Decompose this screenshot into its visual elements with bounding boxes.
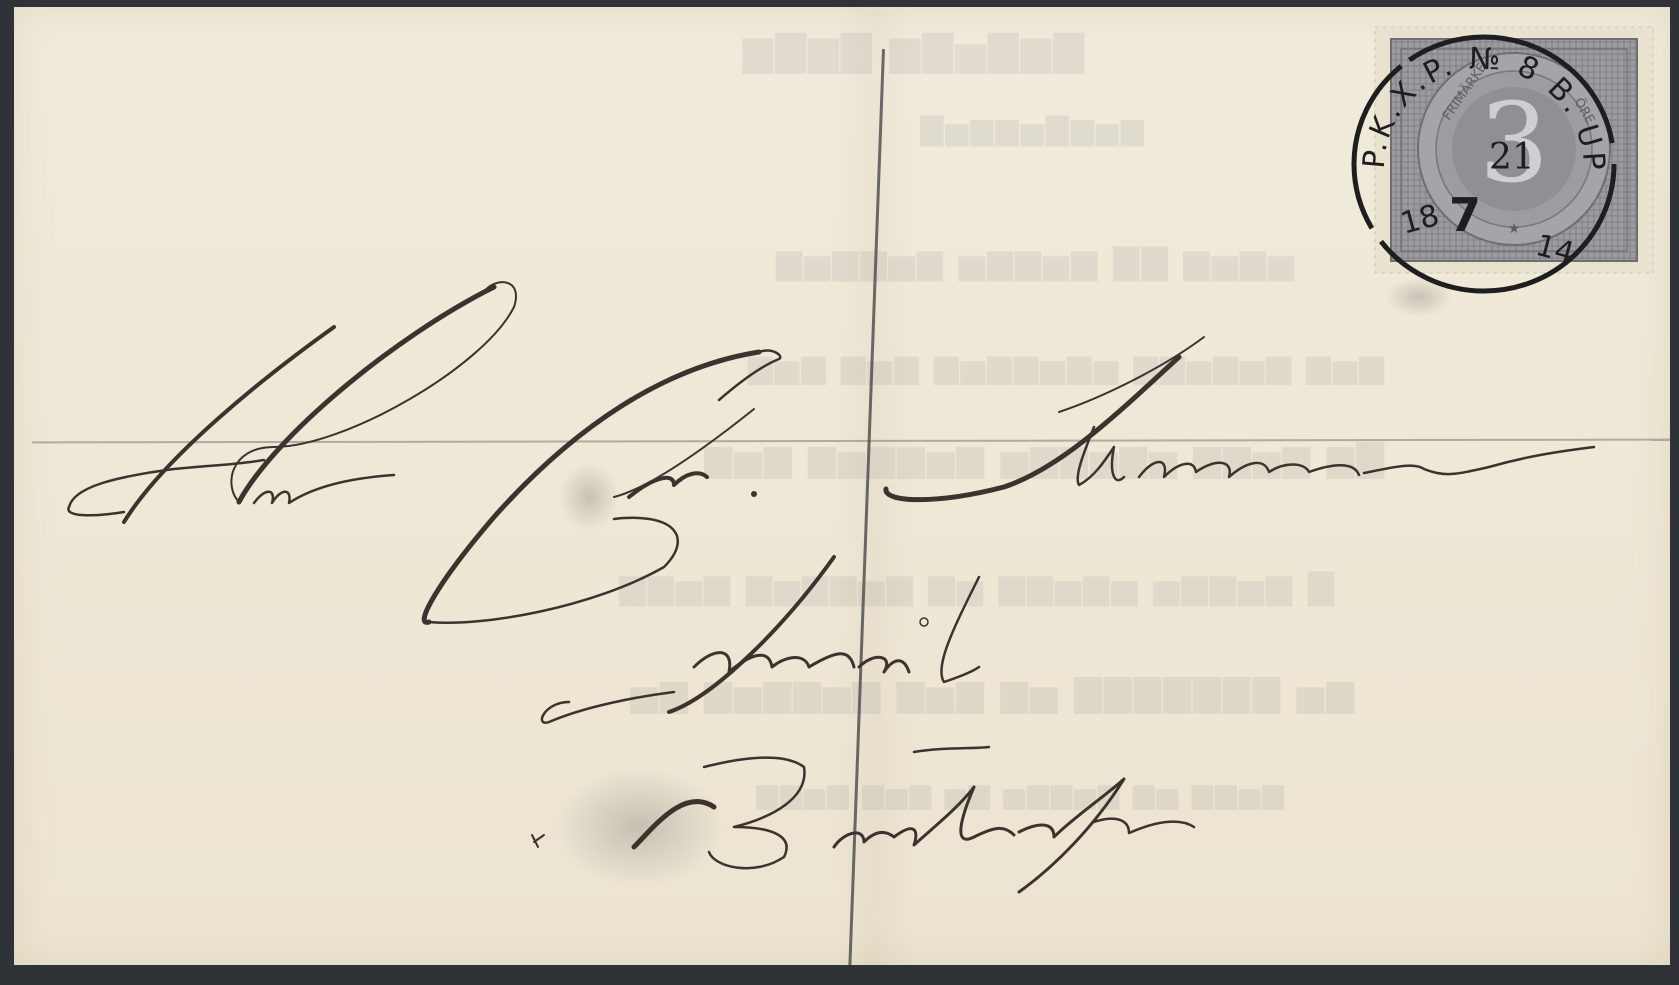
postmark-day: 21	[1489, 137, 1535, 178]
handwriting-amal	[542, 557, 979, 723]
postmark-ring: P.K.X.P. № 8 B. UPP. 21 7 18 14	[1329, 19, 1629, 299]
handwriting-herr	[68, 282, 516, 522]
ring-diacritic	[920, 618, 928, 626]
handwriting-johanson	[886, 337, 1594, 500]
postmark-cancellation: P.K.X.P. № 8 B. UPP. 21 7 18 14	[1329, 19, 1629, 299]
period-dot	[751, 491, 757, 497]
handwriting-backefors	[532, 747, 1194, 892]
envelope-paper: ▇▆▇▅▇▆ ▇▆▇▆ ▆▅▆▇▅▆▆▅▇ ▅▆▅▆ ▇▇ ▆▅▆▆▅ ▆▅▆▆…	[14, 7, 1670, 965]
postmark-year-prefix: 18	[1397, 198, 1443, 242]
handwriting-chr	[424, 351, 780, 623]
postmark-month: 7	[1449, 188, 1481, 242]
postmark-year-suffix: 14	[1532, 228, 1578, 272]
